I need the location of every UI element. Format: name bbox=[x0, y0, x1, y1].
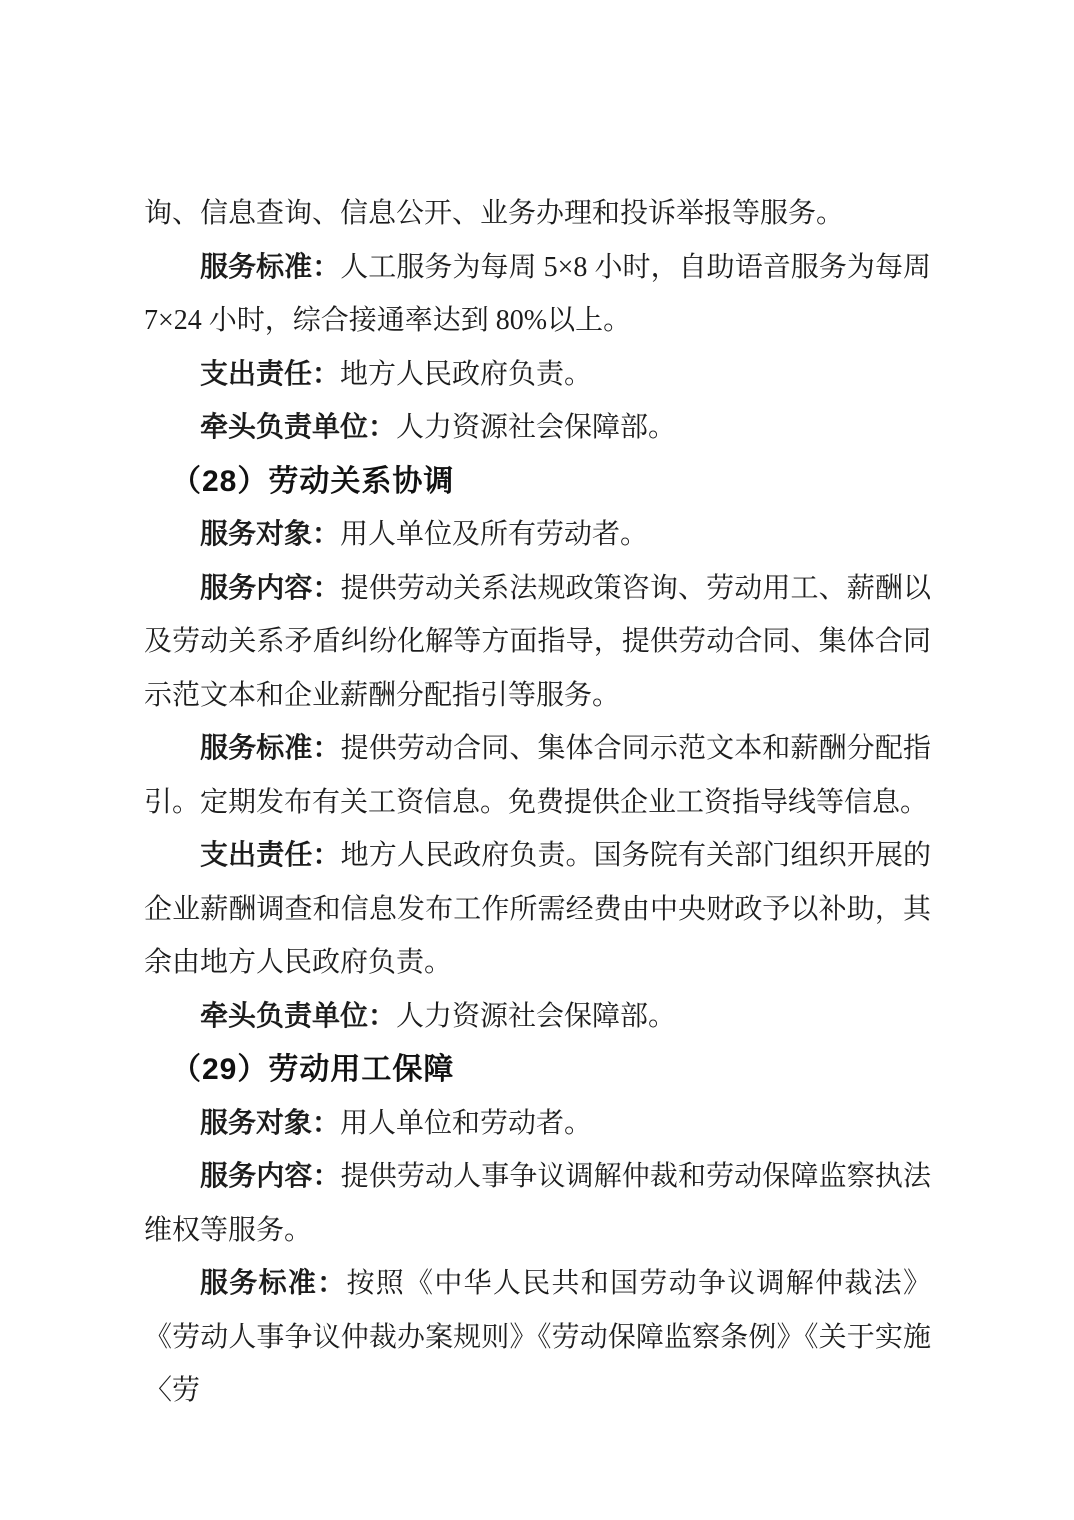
paragraph-text: 用人单位和劳动者。 bbox=[340, 1108, 592, 1139]
paragraph-label: 支出责任： bbox=[200, 840, 341, 871]
paragraph: 服务内容：提供劳动关系法规政策咨询、劳动用工、薪酬以及劳动关系矛盾纠纷化解等方面… bbox=[144, 562, 931, 723]
paragraph-text: 人力资源社会保障部。 bbox=[396, 412, 676, 443]
paragraph: 支出责任：地方人民政府负责。 bbox=[144, 348, 931, 402]
paragraph: 服务标准：提供劳动合同、集体合同示范文本和薪酬分配指引。定期发布有关工资信息。免… bbox=[144, 722, 931, 829]
paragraph-label: 支出责任： bbox=[200, 359, 340, 390]
paragraph-text: 人力资源社会保障部。 bbox=[396, 1001, 676, 1032]
section-heading-29: （29）劳动用工保障 bbox=[144, 1043, 931, 1097]
paragraph: 服务内容：提供劳动人事争议调解仲裁和劳动保障监察执法维权等服务。 bbox=[144, 1150, 931, 1257]
paragraph: 服务对象：用人单位和劳动者。 bbox=[144, 1097, 931, 1151]
paragraph-label: 服务对象： bbox=[200, 1108, 340, 1139]
paragraph: 服务对象：用人单位及所有劳动者。 bbox=[144, 508, 931, 562]
section-heading-28: （28）劳动关系协调 bbox=[144, 455, 931, 509]
paragraph-label: 服务内容： bbox=[200, 1161, 341, 1192]
paragraph-label: 服务标准： bbox=[200, 733, 341, 764]
paragraph-text: 用人单位及所有劳动者。 bbox=[340, 519, 648, 550]
paragraph-label: 牵头负责单位： bbox=[200, 412, 396, 443]
paragraph-label: 服务内容： bbox=[200, 573, 341, 604]
paragraph: 服务标准：人工服务为每周 5×8 小时，自助语音服务为每周 7×24 小时，综合… bbox=[144, 241, 931, 348]
paragraph: 服务标准：按照《中华人民共和国劳动争议调解仲裁法》《劳动人事争议仲裁办案规则》《… bbox=[144, 1257, 931, 1418]
paragraph: 询、信息查询、信息公开、业务办理和投诉举报等服务。 bbox=[144, 187, 931, 241]
paragraph: 牵头负责单位：人力资源社会保障部。 bbox=[144, 401, 931, 455]
paragraph-label: 牵头负责单位： bbox=[200, 1001, 396, 1032]
paragraph-label: 服务对象： bbox=[200, 519, 340, 550]
paragraph: 牵头负责单位：人力资源社会保障部。 bbox=[144, 990, 931, 1044]
paragraph-text: 询、信息查询、信息公开、业务办理和投诉举报等服务。 bbox=[144, 198, 844, 229]
paragraph: 支出责任：地方人民政府负责。国务院有关部门组织开展的企业薪酬调查和信息发布工作所… bbox=[144, 829, 931, 990]
document-page: 询、信息查询、信息公开、业务办理和投诉举报等服务。 服务标准：人工服务为每周 5… bbox=[0, 0, 1074, 1520]
paragraph-label: 服务标准： bbox=[200, 252, 340, 283]
paragraph-text: 地方人民政府负责。 bbox=[340, 359, 592, 390]
paragraph-label: 服务标准： bbox=[200, 1268, 346, 1299]
